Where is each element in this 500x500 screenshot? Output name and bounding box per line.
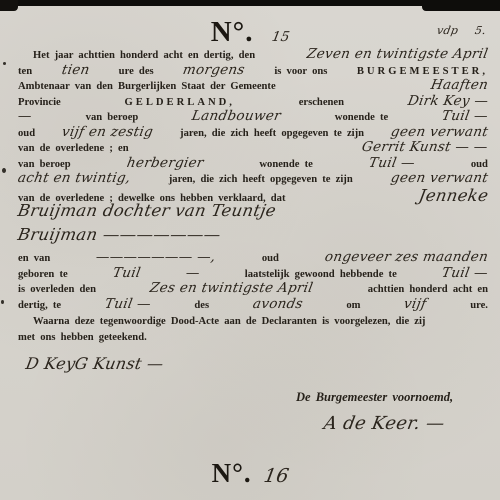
printed-text: oud — [18, 128, 35, 139]
handwritten-text: Bruijman ——————— — [16, 225, 222, 244]
printed-text: wonende te — [259, 159, 312, 170]
next-act-heading: N°. 16 — [0, 458, 500, 489]
handwritten-text: Landbouwer — [191, 108, 283, 124]
scan-speck — [2, 168, 6, 173]
declarant-signature-1: D Key — [24, 354, 77, 373]
printed-text: en van — [18, 253, 50, 264]
scan-speck — [1, 300, 4, 304]
printed-text: oud — [262, 253, 279, 264]
declarant-signature-2: G Kunst — — [74, 354, 166, 373]
act-number-handwritten: 15 — [270, 29, 291, 45]
handwritten-text: morgens — [182, 62, 247, 78]
declarant-signatures: D Key G Kunst — — [26, 354, 164, 374]
number-label: N°. — [212, 458, 252, 488]
handwritten-text: Zes en twintigste April — [149, 280, 315, 296]
printed-text: van beroep — [86, 112, 139, 123]
printed-text: des — [194, 300, 209, 311]
document-line: met ons hebben geteekend. — [18, 327, 488, 343]
act-body-text: Het jaar achttien honderd acht en dertig… — [18, 46, 488, 342]
handwritten-text: Tuil — — [441, 108, 490, 124]
printed-text: ure des — [119, 66, 154, 77]
handwritten-text: Bruijman dochter van Teuntje — [16, 201, 277, 220]
printed-text: om — [346, 300, 360, 311]
number-label: N°. — [211, 16, 254, 48]
act-number-heading: N°. 15 — [0, 16, 500, 49]
document-line: Ambtenaar van den Burgerlijken Staat der… — [18, 77, 488, 93]
scan-speck — [3, 62, 6, 65]
handwritten-text: Zeven en twintigste April — [306, 46, 490, 62]
handwritten-text: ——————— —, — [95, 249, 217, 265]
handwritten-text: ongeveer zes maanden — [324, 249, 490, 265]
document-line: geboren te Tuil — laatstelijk gewoond he… — [18, 265, 488, 281]
mayor-signature-block: De Burgemeester voornoemd, A de Keer. — — [296, 390, 453, 434]
handwritten-text: — — [17, 108, 34, 124]
document-line: Het jaar achttien honderd acht en dertig… — [18, 46, 488, 62]
printed-text: erschenen — [299, 97, 344, 108]
document-line: oud vijf en zestig jaren, die zich heeft… — [18, 124, 488, 140]
handwritten-text: Dirk Key — — [406, 93, 489, 109]
document-line: van de overledene ; en Gerrit Kunst — — — [18, 139, 488, 155]
document-line: en van ——————— —, oud ongeveer zes maand… — [18, 249, 488, 265]
printed-text: wonende te — [335, 112, 388, 123]
handwritten-text: geen verwant — [390, 170, 490, 186]
printed-text: Ambtenaar van den Burgerlijken Staat der… — [18, 81, 276, 92]
handwritten-text: Tuil — — [441, 265, 490, 281]
handwritten-text: herbergier — [125, 155, 204, 171]
printed-text: Waarna deze tegenwoordige Dood-Acte aan … — [33, 316, 425, 327]
death-certificate-scan: N°. 15 vdp 5. Het jaar achttien honderd … — [0, 0, 500, 500]
printed-text: oud — [471, 159, 488, 170]
handwritten-text: tien — [60, 62, 90, 78]
printed-text: is voor ons — [274, 66, 327, 77]
corner-scribble: vdp — [436, 24, 459, 37]
printed-text: met ons hebben geteekend. — [18, 332, 147, 343]
mayor-signature: A de Keer. — — [322, 413, 446, 434]
document-line: dertig, te Tuil — des avonds om vijf ure… — [18, 296, 488, 312]
handwritten-text: Tuil — [112, 265, 142, 281]
handwritten-text: vijf — [403, 296, 428, 312]
corner-annotation: vdp 5. — [437, 24, 486, 37]
mayor-label: De Burgemeester voornoemd, — [296, 390, 453, 405]
document-line: acht en twintig, jaren, die zich heeft o… — [18, 170, 488, 186]
printed-text: jaren, die zich heeft opgegeven te zijn — [180, 128, 364, 139]
document-line: is overleden den Zes en twintigste April… — [18, 280, 488, 296]
handwritten-text: Tuil — — [103, 296, 152, 312]
handwritten-text: vijf en zestig — [61, 124, 155, 140]
document-line: ten tien ure des morgens is voor ons BUR… — [18, 62, 488, 78]
handwritten-text: geen verwant — [390, 124, 490, 140]
printed-text: jaren, die zich heeft opgegeven te zijn — [169, 174, 353, 185]
handwritten-text: Gerrit Kunst — — — [361, 139, 489, 155]
next-act-number-handwritten: 16 — [262, 465, 291, 487]
corner-page-number: 5. — [474, 24, 487, 37]
scan-edge-top-right — [422, 0, 500, 11]
printed-text: achttien honderd acht en — [368, 284, 488, 295]
printed-text: geboren te — [18, 269, 68, 280]
printed-text: ure. — [470, 300, 488, 311]
printed-text: van de overledene ; en — [18, 143, 129, 154]
document-line: van beroep herbergier wonende te Tuil — … — [18, 155, 488, 171]
printed-text: laatstelijk gewoond hebbende te — [245, 269, 397, 280]
printed-text: Het jaar achttien honderd acht en dertig… — [33, 50, 255, 61]
handwritten-text: Haaften — [430, 77, 490, 93]
handwritten-text: Tuil — — [367, 155, 416, 171]
scan-edge-top-left — [0, 0, 18, 11]
document-line: Waarna deze tegenwoordige Dood-Acte aan … — [18, 311, 488, 327]
printed-text: ten — [18, 66, 32, 77]
handwritten-text: acht en twintig, — [17, 170, 132, 186]
printed-text: dertig, te — [18, 300, 61, 311]
printed-text: Provincie — [18, 97, 61, 108]
handwritten-text: avonds — [251, 296, 304, 312]
document-line: — van beroep Landbouwer wonende te Tuil … — [18, 108, 488, 124]
document-line: Bruijman ——————— — [18, 225, 488, 249]
printed-text-spaced: BURGEMEESTER, — [357, 66, 488, 77]
handwritten-text: Jenneke — [417, 186, 490, 205]
printed-text-spaced: GELDERLAND, — [125, 97, 235, 108]
handwritten-text: — — [184, 265, 201, 281]
printed-text: van beroep — [18, 159, 71, 170]
document-line: Provincie GELDERLAND, erschenen Dirk Key… — [18, 93, 488, 109]
printed-text: is overleden den — [18, 284, 96, 295]
document-line: van de overledene ; dewelke ons hebben v… — [18, 186, 488, 202]
